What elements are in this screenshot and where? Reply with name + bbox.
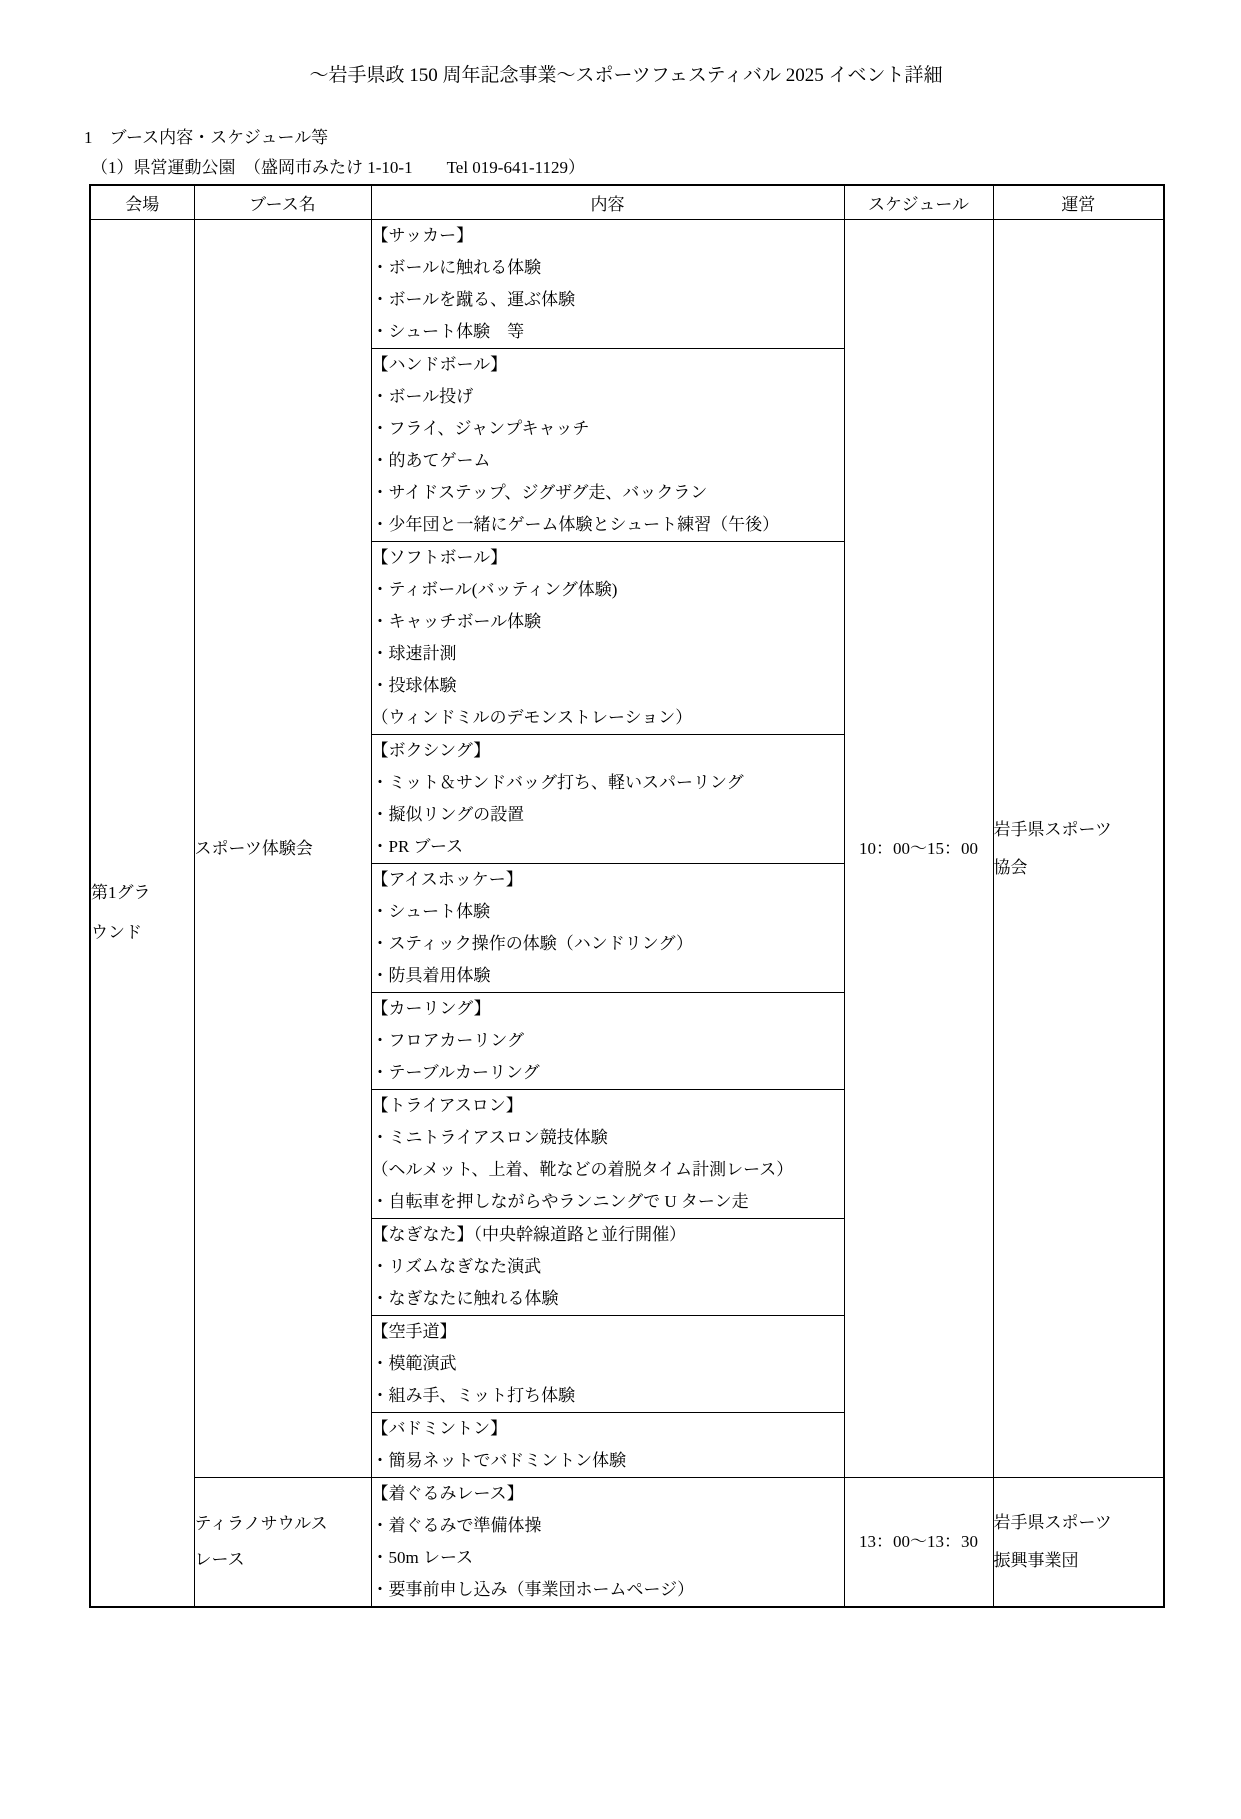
content-section-title: 【着ぐるみレース】	[372, 1478, 844, 1510]
content-section-title: 【空手道】	[372, 1316, 844, 1348]
content-section-title: 【バドミントン】	[372, 1413, 844, 1445]
schedule-cell: 10：00～15：00	[844, 220, 993, 1478]
content-item: ・なぎなたに触れる体験	[372, 1283, 844, 1315]
content-cell: 【カーリング】・フロアカーリング・テーブルカーリング	[371, 993, 844, 1090]
content-cell: 【空手道】・模範演武・組み手、ミット打ち体験	[371, 1316, 844, 1413]
venue-cell: 第1グラ ウンド	[90, 220, 194, 1608]
content-item: （ヘルメット、上着、靴などの着脱タイム計測レース）	[372, 1154, 844, 1186]
content-item: ・キャッチボール体験	[372, 606, 844, 638]
content-item: ・要事前申し込み（事業団ホームページ）	[372, 1574, 844, 1606]
content-item: ・簡易ネットでバドミントン体験	[372, 1445, 844, 1477]
content-item: ・サイドステップ、ジグザグ走、バックラン	[372, 477, 844, 509]
content-item: ・フロアカーリング	[372, 1025, 844, 1057]
operator-cell: 岩手県スポーツ 協会	[993, 220, 1164, 1478]
content-item: ・ミニトライアスロン競技体験	[372, 1122, 844, 1154]
content-item: ・リズムなぎなた演武	[372, 1251, 844, 1283]
content-item: ・少年団と一緒にゲーム体験とシュート練習（午後）	[372, 509, 844, 541]
content-section-title: 【ソフトボール】	[372, 542, 844, 574]
content-item: ・ボールを蹴る、運ぶ体験	[372, 284, 844, 316]
section-heading: 1 ブース内容・スケジュール等	[84, 128, 1163, 147]
page-title: ～岩手県政 150 周年記念事業～スポーツフェスティバル 2025 イベント詳細	[89, 64, 1163, 88]
content-item: ・ボール投げ	[372, 381, 844, 413]
operator-cell: 岩手県スポーツ 振興事業団	[993, 1478, 1164, 1608]
content-section-title: 【トライアスロン】	[372, 1090, 844, 1122]
content-item: ・投球体験	[372, 670, 844, 702]
content-cell: 【ハンドボール】・ボール投げ・フライ、ジャンプキャッチ・的あてゲーム・サイドステ…	[371, 349, 844, 542]
content-section-title: 【なぎなた】（中央幹線道路と並行開催）	[372, 1219, 844, 1251]
content-item: ・自転車を押しながらやランニングで U ターン走	[372, 1186, 844, 1218]
content-item: ・スティック操作の体験（ハンドリング）	[372, 928, 844, 960]
content-section-title: 【ハンドボール】	[372, 349, 844, 381]
column-header-operator: 運営	[993, 185, 1164, 220]
schedule-cell: 13：00～13：30	[844, 1478, 993, 1608]
content-item: ・フライ、ジャンプキャッチ	[372, 413, 844, 445]
content-item: ・シュート体験 等	[372, 316, 844, 348]
content-item: ・ティボール(バッティング体験)	[372, 574, 844, 606]
content-cell: 【バドミントン】・簡易ネットでバドミントン体験	[371, 1413, 844, 1478]
content-cell: 【なぎなた】（中央幹線道路と並行開催）・リズムなぎなた演武・なぎなたに触れる体験	[371, 1219, 844, 1316]
booth-name-cell: スポーツ体験会	[194, 220, 371, 1478]
event-schedule-table: 会場 ブース名 内容 スケジュール 運営 第1グラ ウンドスポーツ体験会【サッカ…	[89, 184, 1165, 1608]
content-item: ・擬似リングの設置	[372, 799, 844, 831]
column-header-venue: 会場	[90, 185, 194, 220]
content-section-title: 【サッカー】	[372, 220, 844, 252]
content-cell: 【ボクシング】・ミット＆サンドバッグ打ち、軽いスパーリング・擬似リングの設置・P…	[371, 735, 844, 864]
column-header-content: 内容	[371, 185, 844, 220]
content-item: ・防具着用体験	[372, 960, 844, 992]
table-row: ティラノサウルス レース【着ぐるみレース】・着ぐるみで準備体操・50m レース・…	[90, 1478, 1164, 1608]
content-item: ・組み手、ミット打ち体験	[372, 1380, 844, 1412]
column-header-booth: ブース名	[194, 185, 371, 220]
content-section-title: 【ボクシング】	[372, 735, 844, 767]
content-item: ・模範演武	[372, 1348, 844, 1380]
content-item: （ウィンドミルのデモンストレーション）	[372, 702, 844, 734]
column-header-schedule: スケジュール	[844, 185, 993, 220]
content-section-title: 【アイスホッケー】	[372, 864, 844, 896]
content-cell: 【サッカー】・ボールに触れる体験・ボールを蹴る、運ぶ体験・シュート体験 等	[371, 220, 844, 349]
content-item: ・PR ブース	[372, 831, 844, 863]
venue-address-line: （1）県営運動公園 （盛岡市みたけ 1-10-1 Tel 019-641-112…	[91, 158, 1163, 177]
content-item: ・ミット＆サンドバッグ打ち、軽いスパーリング	[372, 767, 844, 799]
content-item: ・シュート体験	[372, 896, 844, 928]
content-item: ・球速計測	[372, 638, 844, 670]
table-header-row: 会場 ブース名 内容 スケジュール 運営	[90, 185, 1164, 220]
content-item: ・50m レース	[372, 1542, 844, 1574]
content-cell: 【着ぐるみレース】・着ぐるみで準備体操・50m レース・要事前申し込み（事業団ホ…	[371, 1478, 844, 1608]
content-item: ・ボールに触れる体験	[372, 252, 844, 284]
content-item: ・的あてゲーム	[372, 445, 844, 477]
booth-name-cell: ティラノサウルス レース	[194, 1478, 371, 1608]
content-cell: 【トライアスロン】・ミニトライアスロン競技体験（ヘルメット、上着、靴などの着脱タ…	[371, 1090, 844, 1219]
content-cell: 【アイスホッケー】・シュート体験・スティック操作の体験（ハンドリング）・防具着用…	[371, 864, 844, 993]
table-row: 第1グラ ウンドスポーツ体験会【サッカー】・ボールに触れる体験・ボールを蹴る、運…	[90, 220, 1164, 349]
content-item: ・着ぐるみで準備体操	[372, 1510, 844, 1542]
document-page: ～岩手県政 150 周年記念事業～スポーツフェスティバル 2025 イベント詳細…	[89, 64, 1163, 1608]
content-section-title: 【カーリング】	[372, 993, 844, 1025]
content-cell: 【ソフトボール】・ティボール(バッティング体験)・キャッチボール体験・球速計測・…	[371, 542, 844, 735]
content-item: ・テーブルカーリング	[372, 1057, 844, 1089]
